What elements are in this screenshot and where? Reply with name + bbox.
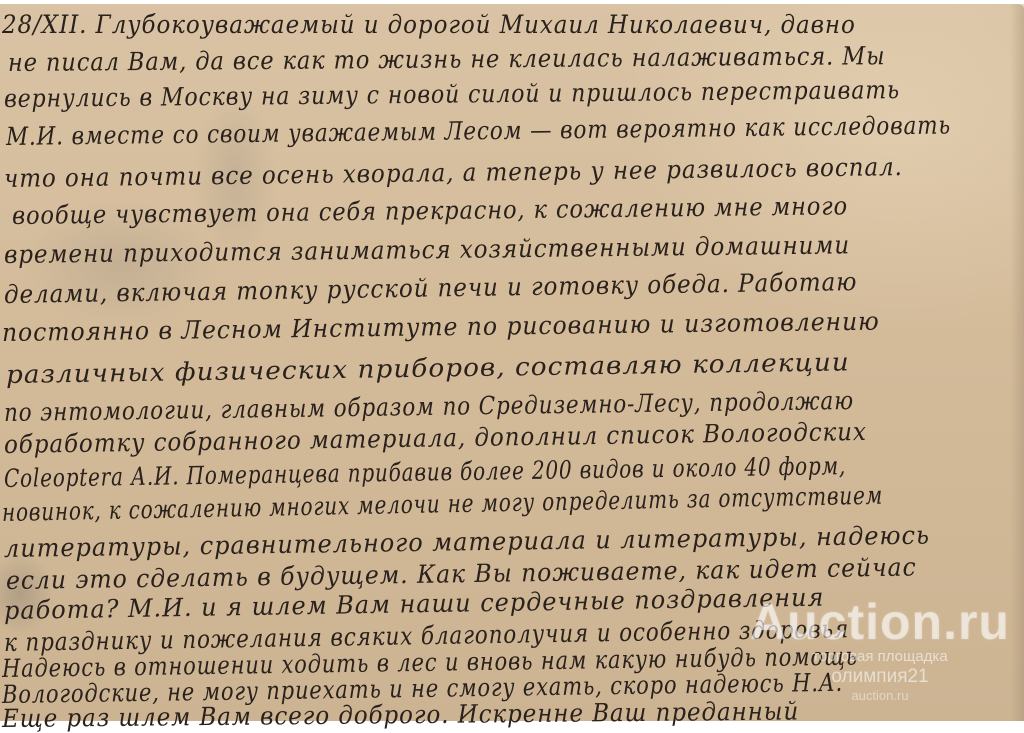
letter-line-6: вообще чувствует она себя прекрасно, к с…	[12, 191, 848, 230]
letter-line-9: постоянно в Лесном Институте по рисовани…	[2, 307, 880, 347]
letter-line-5: что она почти все осень хворала, а тепер…	[4, 152, 903, 193]
letter-line-4: М.И. вместе со своим уважаемым Лесом — в…	[6, 110, 951, 151]
letter-line-1: 28/XII. Глубокоуважаемый и дорогой Михаи…	[2, 10, 856, 39]
letter-line-7: времени приходится заниматься хозяйствен…	[4, 230, 850, 269]
letter-line-8: делами, включая топку русской печи и гот…	[4, 267, 858, 309]
letter-line-3: вернулись в Москву на зиму с новой силой…	[4, 75, 900, 113]
postcard-page: 28/XII. Глубокоуважаемый и дорогой Михаи…	[0, 4, 1024, 721]
letter-line-2: не писал Вам, да все как то жизнь не кле…	[8, 41, 886, 77]
letter-line-10: различных физических приборов, составляю…	[6, 347, 850, 389]
